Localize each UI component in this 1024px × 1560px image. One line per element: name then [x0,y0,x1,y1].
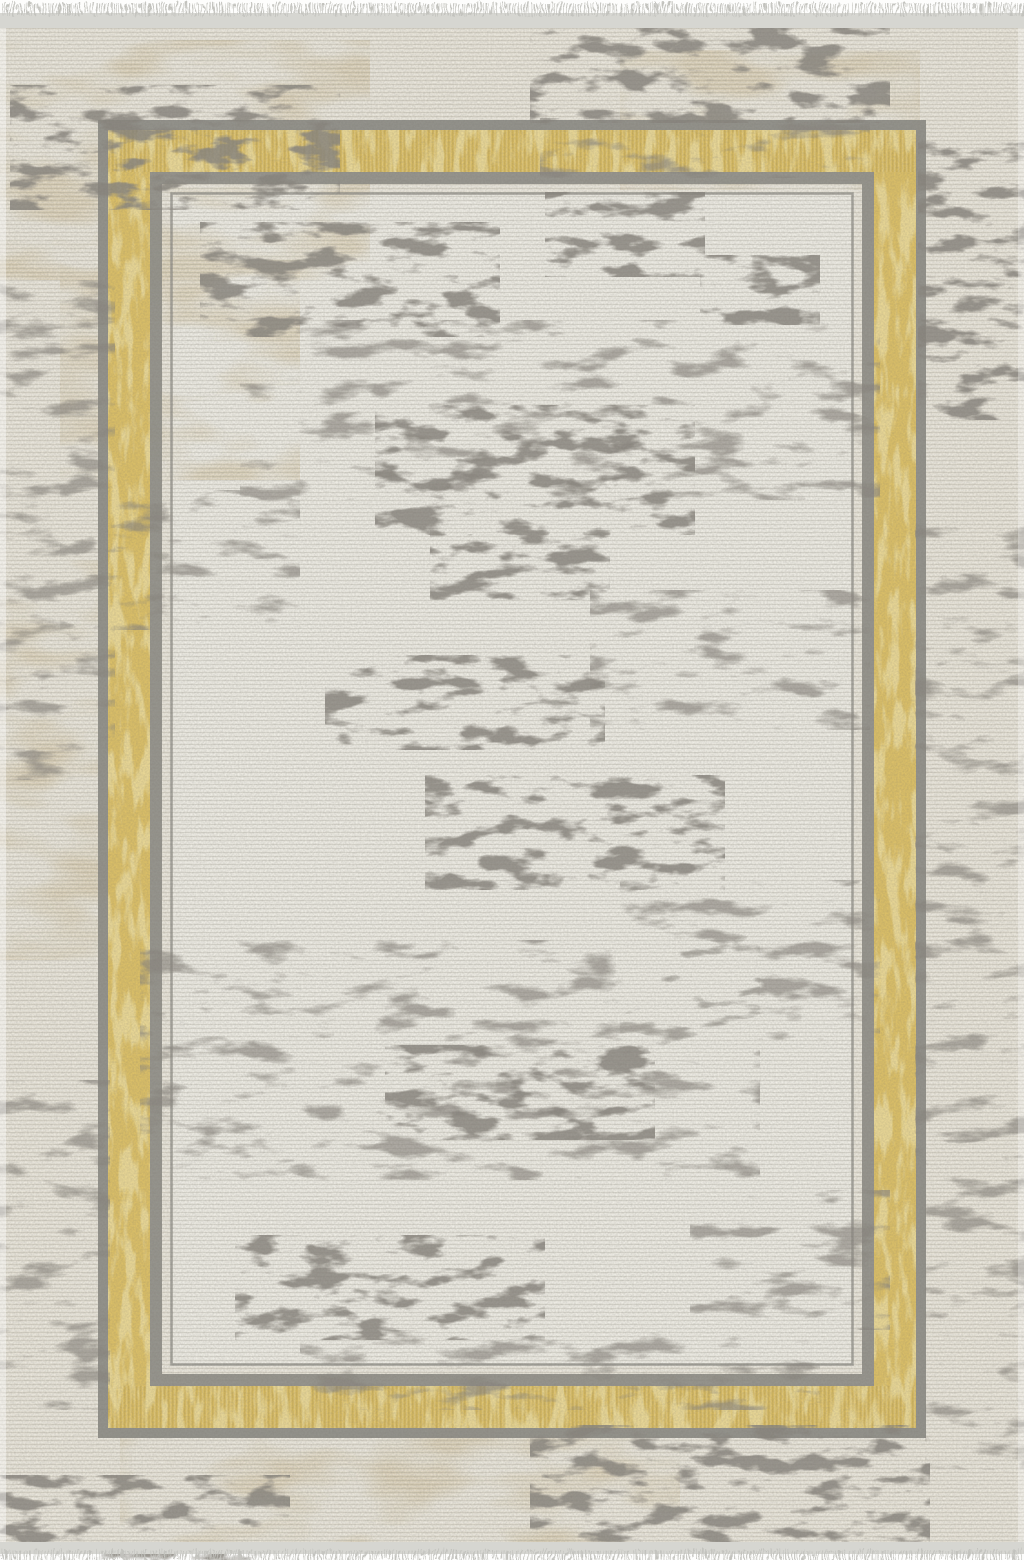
rug-image [0,0,1024,1560]
bottom-fringe [0,1548,1024,1559]
top-fringe [0,1,1024,14]
right-selvedge-edge [1018,26,1024,1546]
fiber-grain [0,14,1024,1550]
left-selvedge-edge [0,26,6,1546]
top-selvedge-band [0,13,1024,28]
rug-product-photo [0,0,1024,1560]
